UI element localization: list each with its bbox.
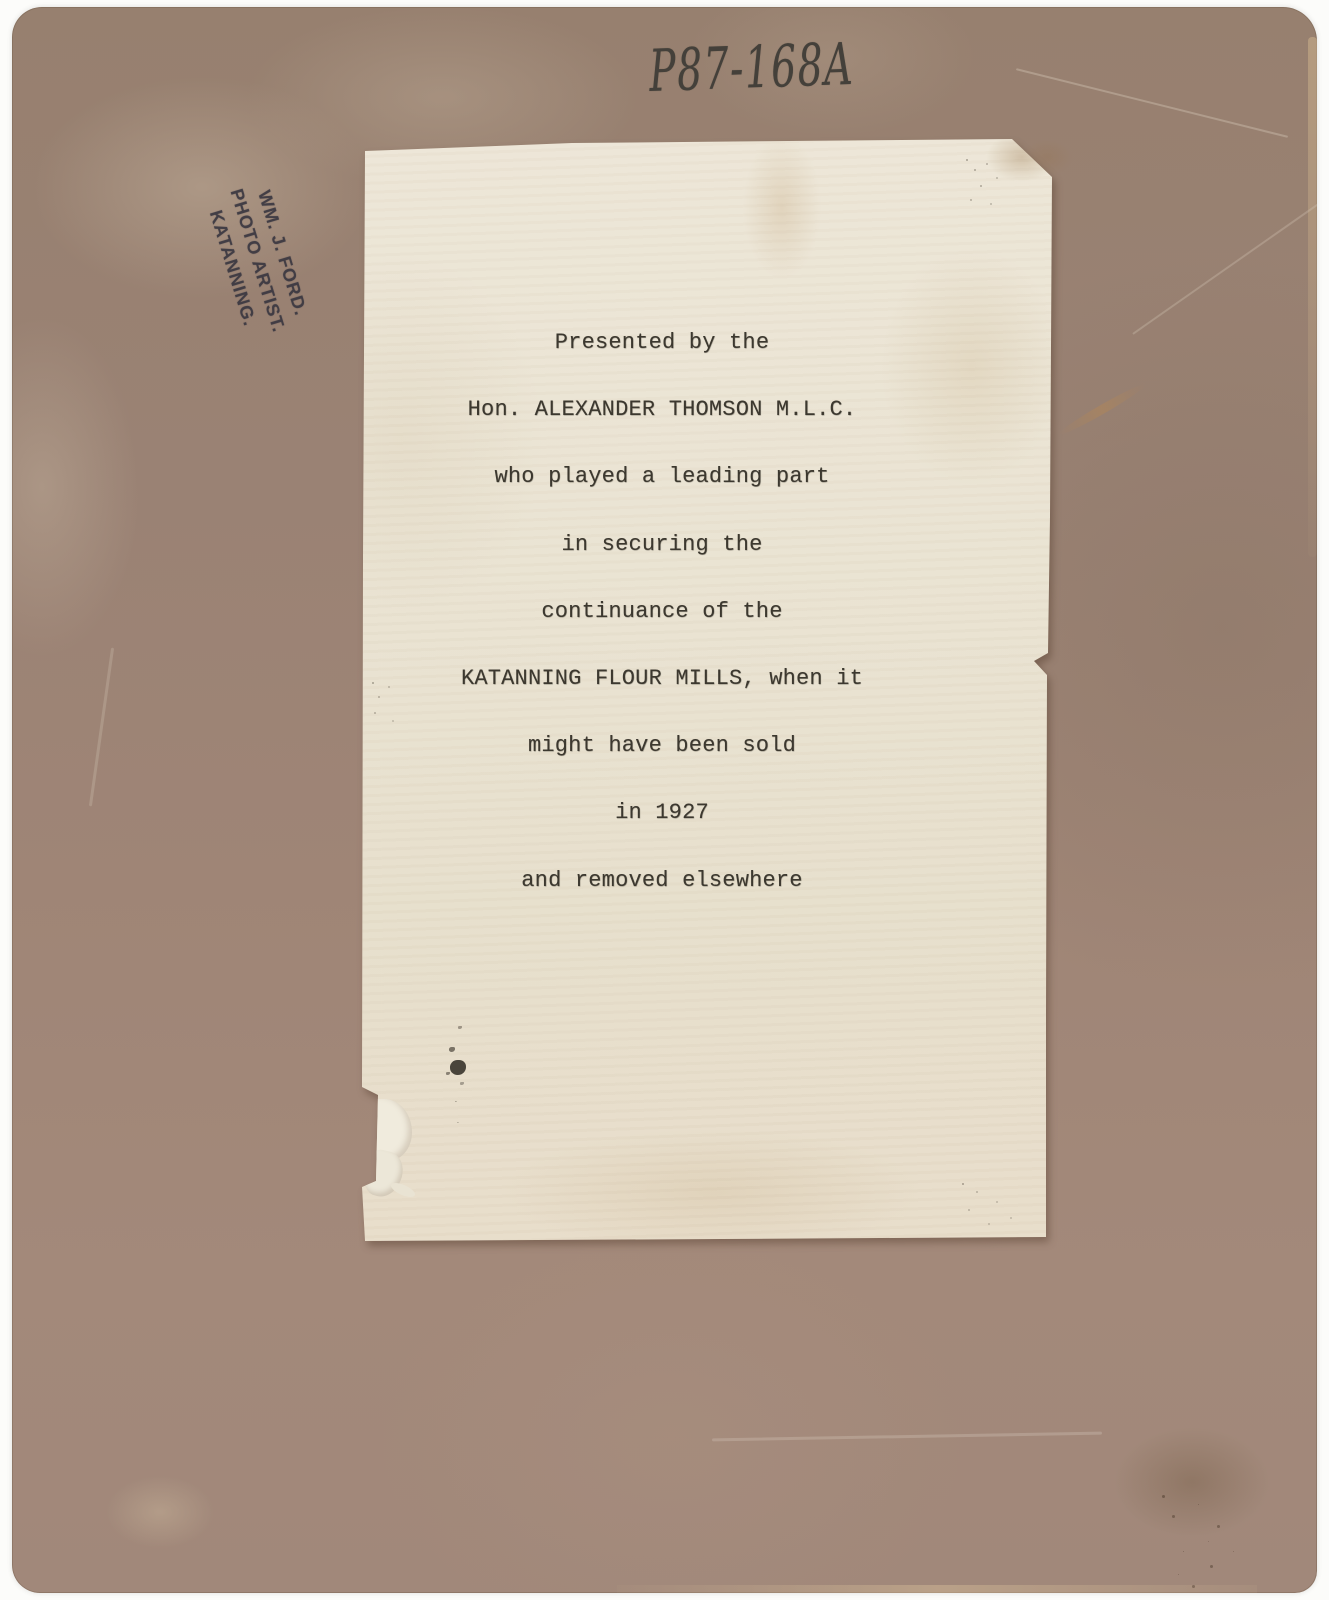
scratch-mark	[1132, 201, 1317, 335]
photographer-stamp: WM. J. FORD. PHOTO ARTIST. KATANNING.	[195, 167, 320, 354]
note-line: KATANNING FLOUR MILLS, when it	[362, 645, 962, 712]
torn-edge-flap	[389, 1180, 417, 1200]
tan-stain	[1056, 381, 1147, 439]
scuff-mark	[89, 648, 114, 807]
ink-blot	[450, 1060, 466, 1075]
typed-note: Presented by the Hon. ALEXANDER THOMSON …	[362, 309, 962, 914]
note-line: Presented by the	[362, 309, 962, 376]
paper-speckles	[962, 1183, 964, 1185]
scanned-photo-mount-back: { "scan": { "inscription": "P87-168A", "…	[0, 0, 1329, 1600]
paper-speckles	[372, 682, 374, 684]
worn-edge-bottom	[617, 1585, 1257, 1593]
note-line: continuance of the	[362, 578, 962, 645]
typed-label-paper-wrap: Presented by the Hon. ALEXANDER THOMSON …	[362, 137, 1052, 1241]
note-line: in securing the	[362, 511, 962, 578]
typed-label-paper: Presented by the Hon. ALEXANDER THOMSON …	[362, 137, 1052, 1241]
paper-speckles	[966, 159, 968, 161]
mould-speckles	[1162, 1495, 1165, 1498]
note-line: who played a leading part	[362, 443, 962, 510]
note-line: in 1927	[362, 779, 962, 846]
photo-mount-card: P87-168A WM. J. FORD. PHOTO ARTIST. KATA…	[12, 7, 1317, 1593]
worn-edge-right	[1308, 37, 1317, 557]
note-line: and removed elsewhere	[362, 847, 962, 914]
scuff-mark	[712, 1432, 1102, 1442]
note-line: might have been sold	[362, 712, 962, 779]
note-line: Hon. ALEXANDER THOMSON M.L.C.	[362, 376, 962, 443]
catalog-number-inscription: P87-168A	[648, 30, 855, 105]
scratch-mark	[1016, 68, 1288, 138]
